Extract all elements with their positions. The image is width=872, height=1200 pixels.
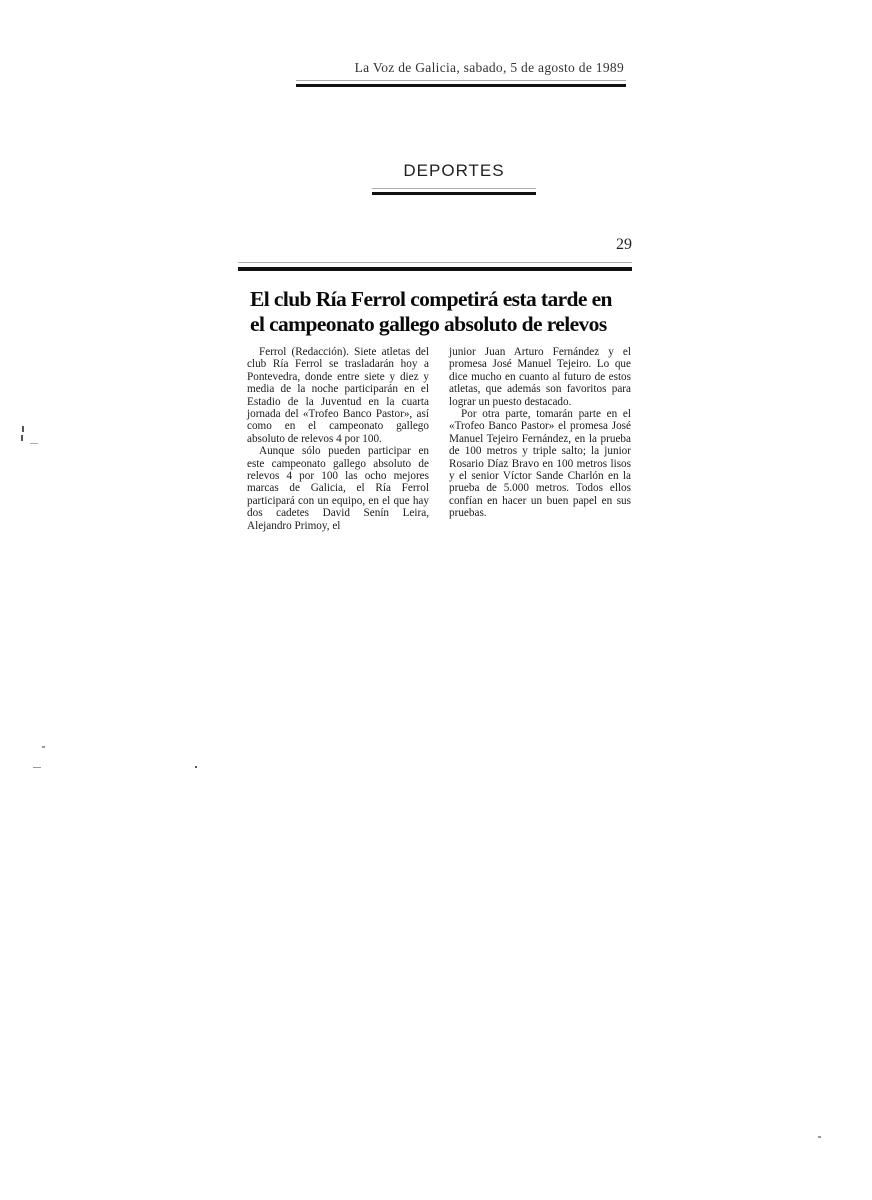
masthead-publication-date: La Voz de Galicia, sabado, 5 de agosto d… [296, 60, 626, 76]
section-thick-rule [372, 192, 536, 195]
section-header: DEPORTES [372, 160, 536, 195]
article-paragraph: Por otra parte, tomarán parte en el «Tro… [449, 408, 631, 520]
page-thick-rule [238, 267, 632, 271]
article-body: Ferrol (Redacción). Siete atletas del cl… [247, 346, 631, 532]
article-column-1: Ferrol (Redacción). Siete atletas del cl… [247, 346, 429, 532]
page-thin-rule [238, 262, 632, 263]
article-paragraph: junior Juan Arturo Fernández y el promes… [449, 346, 631, 408]
scan-speck [33, 767, 41, 768]
page-header: 29 [238, 236, 632, 271]
article-paragraph: Aunque sólo pueden participar en este ca… [247, 445, 429, 532]
article-paragraph: Ferrol (Redacción). Siete atletas del cl… [247, 346, 429, 445]
headline-line-2: el campeonato gallego absoluto de relevo… [250, 312, 640, 337]
scan-speck [22, 426, 24, 432]
section-title: DEPORTES [372, 160, 536, 182]
scan-speck [21, 435, 23, 441]
article-column-2: junior Juan Arturo Fernández y el promes… [449, 346, 631, 532]
section-thin-rule [372, 188, 536, 189]
scan-speck [818, 1136, 821, 1138]
masthead-thin-rule [296, 80, 626, 81]
masthead: La Voz de Galicia, sabado, 5 de agosto d… [296, 60, 626, 87]
scan-speck [195, 766, 197, 768]
headline-line-1: El club Ría Ferrol competirá esta tarde … [250, 287, 640, 312]
masthead-thick-rule [296, 84, 626, 87]
article-headline: El club Ría Ferrol competirá esta tarde … [250, 287, 640, 337]
scan-speck [30, 443, 38, 444]
page-number: 29 [238, 236, 632, 254]
scan-speck [42, 746, 45, 748]
